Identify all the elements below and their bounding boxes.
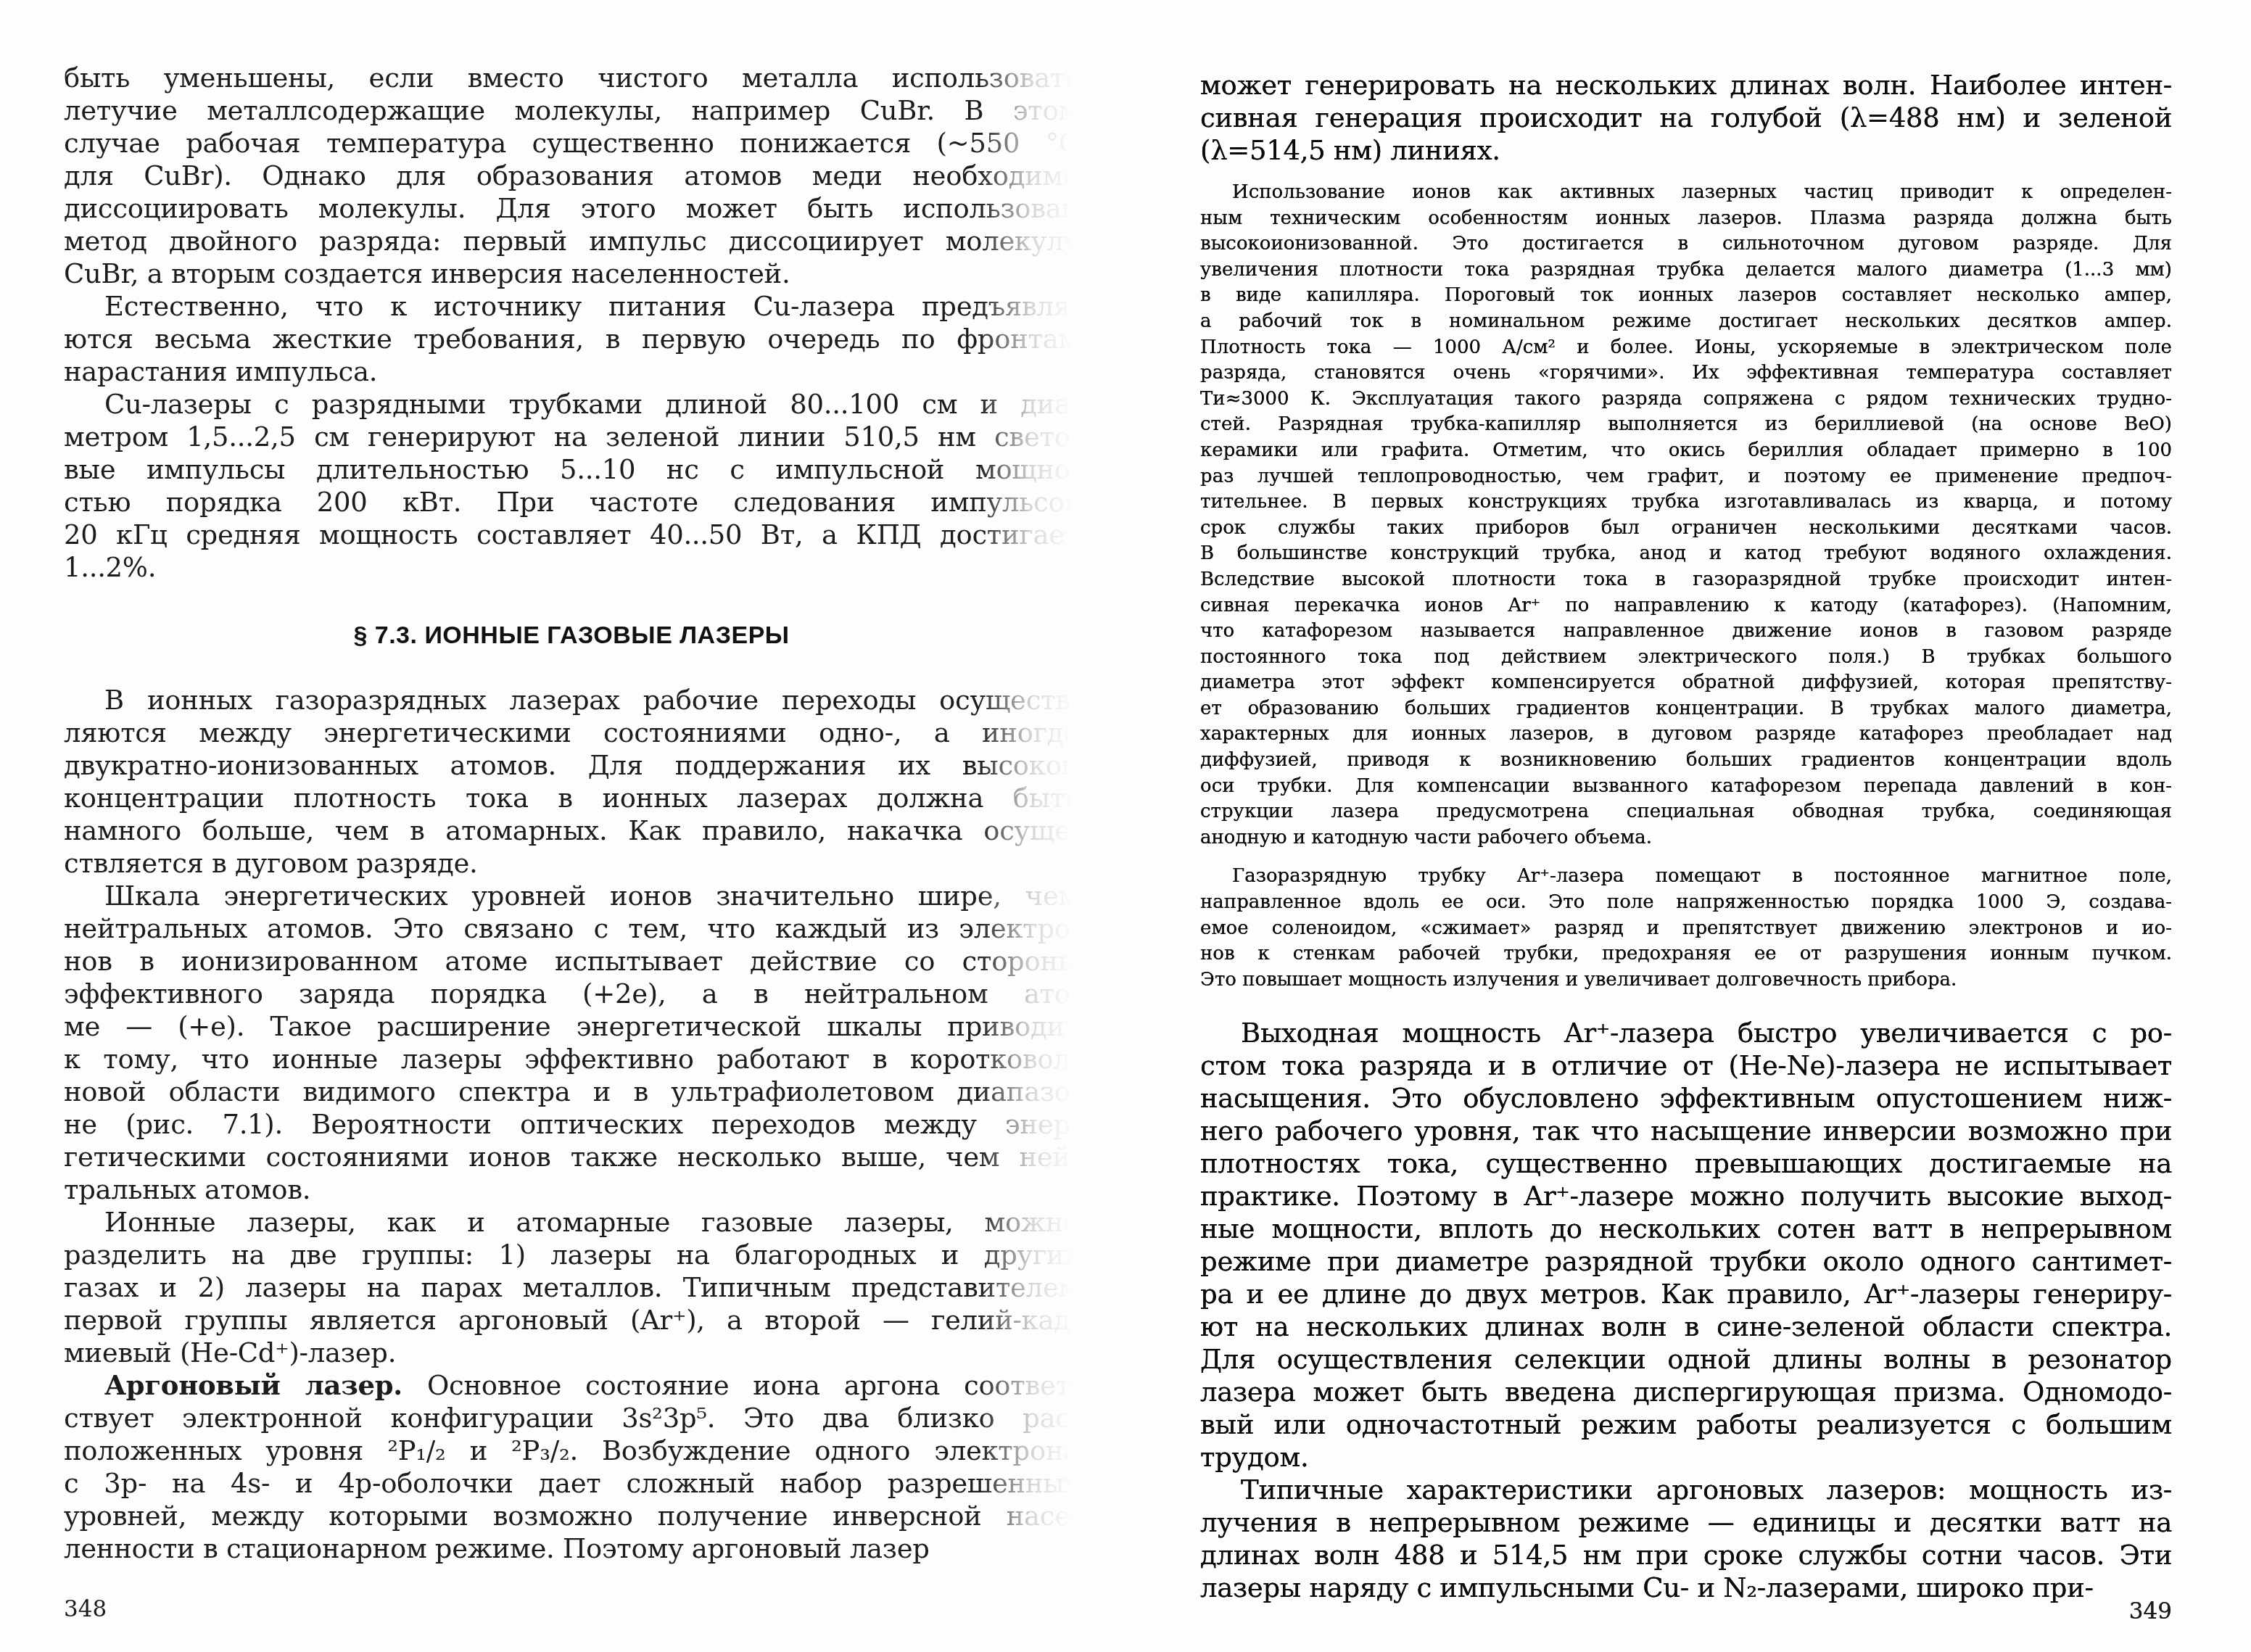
text-line: случае рабочая температура существенно п… — [64, 127, 1079, 160]
text-line: газах и 2) лазеры на парах металлов. Тип… — [64, 1271, 1079, 1304]
text-line: ным техническим особенностям ионных лазе… — [1200, 206, 2172, 232]
para-typical-characteristics: Типичные характеристики аргоновых лазеро… — [1200, 1474, 2172, 1604]
text-line: а рабочий ток в номинальном режиме дости… — [1200, 309, 2172, 335]
text-line: метром 1,5...2,5 см генерируют на зелено… — [64, 421, 1079, 453]
text-line: Типичные характеристики аргоновых лазеро… — [1200, 1474, 2172, 1506]
text-line: ет образованию больших градиентов концен… — [1200, 696, 2172, 722]
text-line: стей. Разрядная трубка-капилляр выполняе… — [1200, 412, 2172, 438]
text-line: Аргоновый лазер. Основное состояние иона… — [64, 1369, 1079, 1402]
text-line: к тому, что ионные лазеры эффективно раб… — [64, 1043, 1079, 1075]
text-line: концентрации плотность тока в ионных лаз… — [64, 782, 1079, 814]
text-line: разряда, становятся очень «горячими». Их… — [1200, 360, 2172, 387]
text-line: В большинстве конструкций трубка, анод и… — [1200, 541, 2172, 567]
para-ion-lasers-intro: В ионных газоразрядных лазерах рабочие п… — [64, 684, 1079, 880]
text-line: Шкала энергетических уровней ионов значи… — [64, 880, 1079, 912]
text-line: ствует электронной конфигурации 3s²3p⁵. … — [64, 1402, 1079, 1434]
para-small-print-technical: Использование ионов как активных лазерны… — [1200, 180, 2172, 851]
text-line: стью порядка 200 кВт. При частоте следов… — [64, 486, 1079, 519]
text-line: (λ=514,5 нм) линиях. — [1200, 134, 2172, 167]
text-line: ют на нескольких длинах волн в сине-зеле… — [1200, 1310, 2172, 1343]
text-line: лазера может быть введена диспергирующая… — [1200, 1376, 2172, 1408]
text-line: тительнее. В первых конструкциях трубка … — [1200, 490, 2172, 516]
text-line: ляются между энергетическими состояниями… — [64, 716, 1079, 749]
text-line: увеличения плотности тока разрядная труб… — [1200, 257, 2172, 284]
text-line: струкции лазера предусмотрена специальна… — [1200, 799, 2172, 825]
text-line: диаметра этот эффект компенсируется обра… — [1200, 670, 2172, 696]
page-right: может генерировать на нескольких длинах … — [1200, 69, 2172, 1604]
text-line: ра и ее длине до двух метров. Как правил… — [1200, 1278, 2172, 1310]
text-line: анодную и катодную части рабочего объема… — [1200, 825, 2172, 851]
text-line: срок службы таких приборов был ограничен… — [1200, 516, 2172, 542]
para-small-print-magnetic-field: Газоразрядную трубку Ar⁺-лазера помещают… — [1200, 864, 2172, 993]
text-line: эффективного заряда порядка (+2e), а в н… — [64, 978, 1079, 1010]
text-line: миевый (He-Cd⁺)-лазер. — [64, 1337, 1079, 1369]
text-line: первой группы является аргоновый (Ar⁺), … — [64, 1304, 1079, 1337]
text-line: нейтральных атомов. Это связано с тем, ч… — [64, 912, 1079, 945]
text-line: 1...2%. — [64, 551, 1079, 584]
para-cu-laser-parameters: Cu-лазеры с разрядными трубками длиной 8… — [64, 388, 1079, 584]
page-left: быть уменьшены, если вместо чистого мета… — [64, 62, 1079, 1565]
text-line: может генерировать на нескольких длинах … — [1200, 69, 2172, 102]
text-line: постоянного тока под действием электриче… — [1200, 645, 2172, 671]
para-argon-laser: Аргоновый лазер. Основное состояние иона… — [64, 1369, 1079, 1565]
text-line: ные мощности, вплоть до нескольких сотен… — [1200, 1213, 2172, 1245]
text-line: быть уменьшены, если вместо чистого мета… — [64, 62, 1079, 94]
text-line: диссоциировать молекулы. Для этого может… — [64, 192, 1079, 225]
paragraph-lead-bold: Аргоновый лазер. — [104, 1369, 427, 1401]
text-line: Выходная мощность Ar⁺-лазера быстро увел… — [1200, 1017, 2172, 1049]
text-line: насыщения. Это обусловлено эффективным о… — [1200, 1082, 2172, 1115]
text-line: что катафорезом называется направленное … — [1200, 619, 2172, 645]
text-line: ме — (+e). Такое расширение энергетическ… — [64, 1010, 1079, 1043]
text-line: емое соленоидом, «сжимает» разряд и преп… — [1200, 916, 2172, 942]
text-line: тральных атомов. — [64, 1173, 1079, 1206]
text-line: Это повышает мощность излучения и увелич… — [1200, 967, 2172, 994]
text-line: Плотность тока — 1000 А/см² и более. Ион… — [1200, 335, 2172, 361]
text-line: для CuBr). Однако для образования атомов… — [64, 160, 1079, 192]
para-output-power: Выходная мощность Ar⁺-лазера быстро увел… — [1200, 1017, 2172, 1474]
text-line: В ионных газоразрядных лазерах рабочие п… — [64, 684, 1079, 716]
text-line: вые импульсы длительностью 5...10 нс с и… — [64, 453, 1079, 486]
text-line: Cu-лазеры с разрядными трубками длиной 8… — [64, 388, 1079, 421]
text-line: CuBr, а вторым создается инверсия населе… — [64, 257, 1079, 290]
text-line: сивная генерация происходит на голубой (… — [1200, 102, 2172, 134]
text-line: Для осуществления селекции одной длины в… — [1200, 1343, 2172, 1376]
section-heading: § 7.3. ИОННЫЕ ГАЗОВЫЕ ЛАЗЕРЫ — [64, 619, 1079, 652]
para-power-supply: Естественно, что к источнику питания Cu-… — [64, 290, 1079, 388]
text-line: трудом. — [1200, 1441, 2172, 1474]
text-line: плотностях тока, существенно превышающих… — [1200, 1147, 2172, 1180]
text-line: летучие металлсодержащие молекулы, напри… — [64, 94, 1079, 127]
text-line: Использование ионов как активных лазерны… — [1200, 180, 2172, 206]
text-line: режиме при диаметре разрядной трубки око… — [1200, 1245, 2172, 1278]
text-line: ленности в стационарном режиме. Поэтому … — [64, 1532, 1079, 1565]
text-line: стом тока разряда и в отличие от (He-Ne)… — [1200, 1049, 2172, 1082]
page-number-right: 349 — [2129, 1599, 2172, 1624]
text-line: направленное вдоль ее оси. Это поле напр… — [1200, 890, 2172, 916]
text-line: нов к стенкам рабочей трубки, предохраня… — [1200, 941, 2172, 967]
text-line: 20 кГц средняя мощность составляет 40...… — [64, 519, 1079, 551]
page-number-left: 348 — [64, 1597, 107, 1622]
text-line: с 3p- на 4s- и 4p-оболочки дает сложный … — [64, 1467, 1079, 1500]
text-line: раз лучшей теплопроводностью, чем графит… — [1200, 464, 2172, 490]
text-line: гетическими состояниями ионов также неск… — [64, 1141, 1079, 1173]
text-line: практике. Поэтому в Ar⁺-лазере можно пол… — [1200, 1180, 2172, 1213]
para-cubr-method: быть уменьшены, если вместо чистого мета… — [64, 62, 1079, 290]
text-line: высокоионизованной. Это достигается в си… — [1200, 231, 2172, 257]
text-line: Естественно, что к источнику питания Cu-… — [64, 290, 1079, 323]
text-line: оси трубки. Для компенсации вызванного к… — [1200, 774, 2172, 800]
text-line: уровней, между которыми возможно получен… — [64, 1500, 1079, 1532]
text-line: намного больше, чем в атомарных. Как пра… — [64, 814, 1079, 847]
text-line: Газоразрядную трубку Ar⁺-лазера помещают… — [1200, 864, 2172, 890]
text-line: Вследствие высокой плотности тока в газо… — [1200, 567, 2172, 593]
text-line: не (рис. 7.1). Вероятности оптических пе… — [64, 1108, 1079, 1141]
text-line: метод двойного разряда: первый импульс д… — [64, 225, 1079, 257]
text-line: керамики или графита. Отметим, что окись… — [1200, 438, 2172, 464]
text-line: двукратно-ионизованных атомов. Для подде… — [64, 749, 1079, 782]
text-line: новой области видимого спектра и в ультр… — [64, 1075, 1079, 1108]
text-line: ствляется в дуговом разряде. — [64, 847, 1079, 880]
text-line: характерных для ионных лазеров, в дугово… — [1200, 722, 2172, 748]
text-line: Tи≈3000 К. Эксплуатация такого разряда с… — [1200, 387, 2172, 413]
text-line: ются весьма жесткие требования, в первую… — [64, 323, 1079, 355]
text-line: нарастания импульса. — [64, 355, 1079, 388]
text-line: нов в ионизированном атоме испытывает де… — [64, 945, 1079, 978]
page-right-text-column: может генерировать на нескольких длинах … — [1200, 69, 2172, 1604]
text-line: диффузией, приводя к возникновению больш… — [1200, 748, 2172, 774]
page-left-text-column: быть уменьшены, если вместо чистого мета… — [64, 62, 1079, 1565]
text-line: разделить на две группы: 1) лазеры на бл… — [64, 1239, 1079, 1271]
para-generation-lines: может генерировать на нескольких длинах … — [1200, 69, 2172, 167]
text-line: в виде капилляра. Пороговый ток ионных л… — [1200, 283, 2172, 309]
text-line: лучения в непрерывном режиме — единицы и… — [1200, 1506, 2172, 1539]
para-energy-scale: Шкала энергетических уровней ионов значи… — [64, 880, 1079, 1206]
text-line: лазеры наряду с импульсными Cu- и N₂-лаз… — [1200, 1572, 2172, 1604]
text-line: него рабочего уровня, так что насыщение … — [1200, 1115, 2172, 1147]
text-line: вый или одночастотный режим работы реали… — [1200, 1408, 2172, 1441]
para-two-groups: Ионные лазеры, как и атомарные газовые л… — [64, 1206, 1079, 1369]
text-line: длинах волн 488 и 514,5 нм при сроке слу… — [1200, 1539, 2172, 1572]
text-line: положенных уровня ²P₁/₂ и ²P₃/₂. Возбужд… — [64, 1434, 1079, 1467]
text-line: сивная перекачка ионов Ar⁺ по направлени… — [1200, 593, 2172, 619]
text-line: Ионные лазеры, как и атомарные газовые л… — [64, 1206, 1079, 1239]
